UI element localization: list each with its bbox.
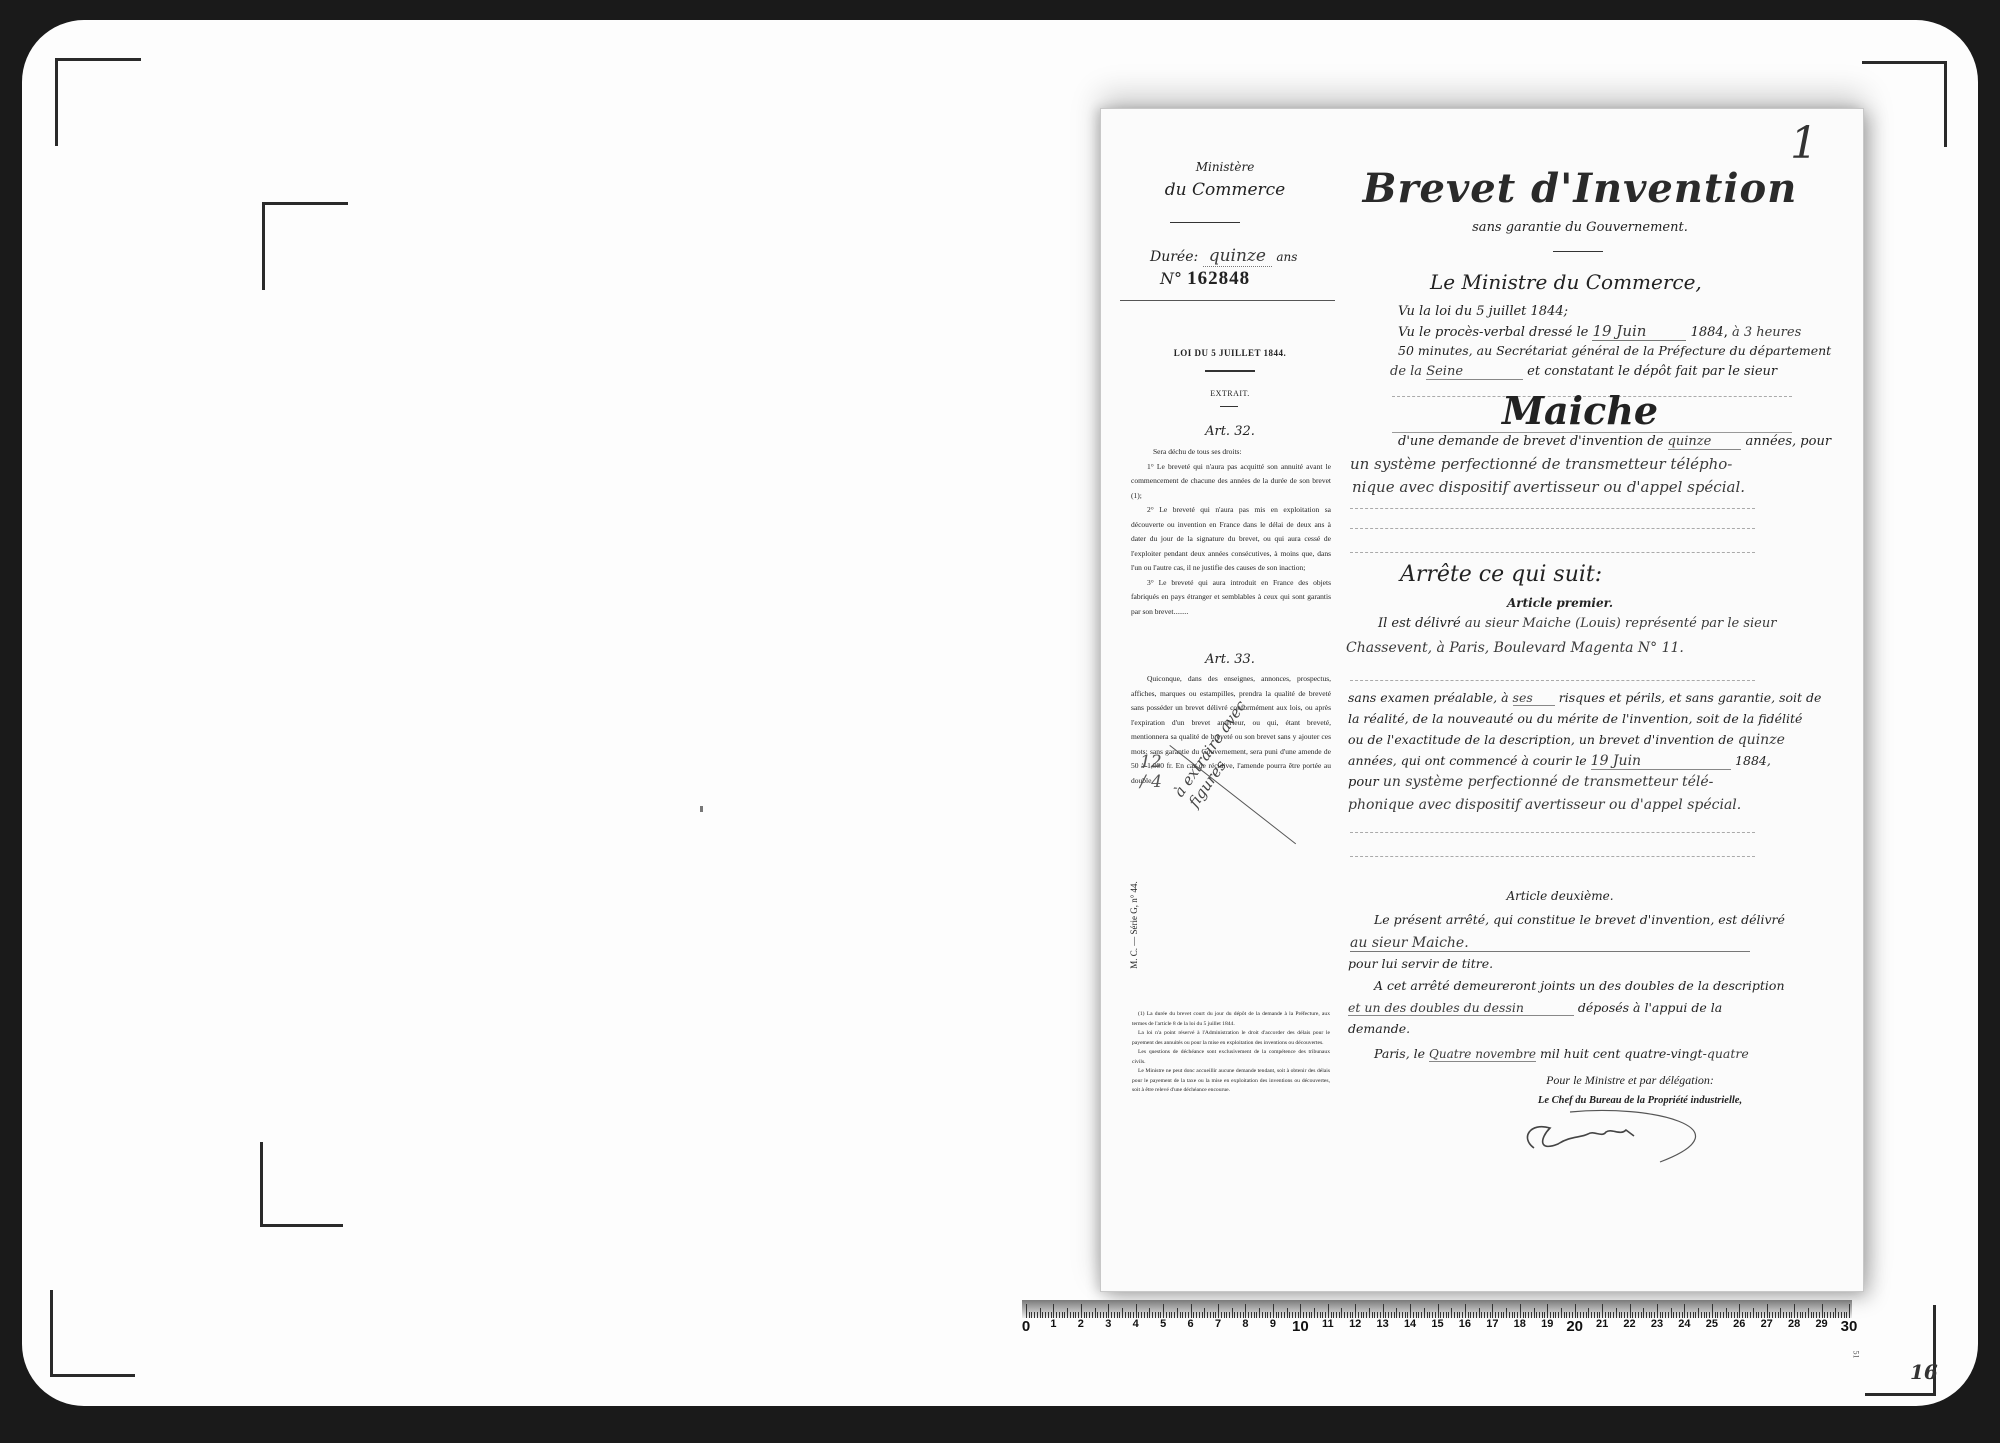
ruler-tick <box>1073 1312 1074 1318</box>
ruler-tick <box>1341 1308 1342 1318</box>
ruler-tick <box>1657 1304 1658 1318</box>
ruler-tick <box>1128 1312 1129 1318</box>
ruler-tick <box>1158 1312 1159 1318</box>
ruler-label: 25 <box>1706 1318 1718 1330</box>
article1-blank-rule <box>1350 680 1755 681</box>
ruler-tick <box>1278 1312 1279 1318</box>
ruler-label: 30 <box>1841 1318 1858 1335</box>
ruler-tick <box>1097 1312 1098 1318</box>
margin-note-numbers: 12 / 4 <box>1140 752 1170 792</box>
pv-line: Vu le procès-verbal dressé le 19 Juin 18… <box>1398 322 1801 340</box>
article1-line-2: Chassevent, à Paris, Boulevard Magenta N… <box>1346 640 1684 656</box>
ruler-tick <box>1245 1304 1246 1318</box>
ruler-tick <box>1226 1312 1227 1318</box>
ornament-divider <box>1170 222 1240 223</box>
ruler-tick <box>1465 1304 1466 1318</box>
ruler-tick <box>1418 1312 1419 1318</box>
ruler-tick <box>1045 1312 1046 1318</box>
demand-line: d'une demande de brevet d'invention de q… <box>1398 434 1831 449</box>
ruler-tick <box>1224 1312 1225 1318</box>
pv-printed: Vu le procès-verbal dressé le <box>1398 325 1588 340</box>
ruler-tick <box>1676 1312 1677 1318</box>
ruler-tick <box>1649 1312 1650 1318</box>
ruler-tick <box>1125 1312 1126 1318</box>
article2-p4: et un des doubles du dessin déposés à l'… <box>1348 1000 1722 1015</box>
ruler-tick <box>1284 1312 1285 1318</box>
ruler-tick <box>1739 1304 1740 1318</box>
depot-text: et constatant le dépôt fait par le sieur <box>1527 364 1777 379</box>
ruler-tick <box>1512 1312 1513 1318</box>
article1-p4-start: années, qui ont commencé à courir le <box>1348 753 1587 768</box>
ruler-tick <box>1366 1312 1367 1318</box>
ruler-tick <box>1602 1304 1603 1318</box>
article1-p5-hand: un système perfectionné de transmetteur … <box>1383 774 1713 790</box>
pv-year: 1884 <box>1691 325 1724 340</box>
art33-heading: Art. 33. <box>1135 652 1325 667</box>
footnote-3: Les questions de déchéance sont exclusiv… <box>1132 1048 1330 1067</box>
article1-p4: années, qui ont commencé à courir le 19 … <box>1348 753 1771 769</box>
ruler-label: 8 <box>1242 1318 1248 1330</box>
ruler-tick <box>1701 1312 1702 1318</box>
article1-p5: pour un système perfectionné de transmet… <box>1348 774 1713 790</box>
ruler-tick <box>1234 1312 1235 1318</box>
document-title: Brevet d'Invention <box>1360 165 1800 212</box>
delegation-line: Pour le Ministre et par délégation: <box>1480 1073 1780 1088</box>
ruler-tick <box>1177 1308 1178 1318</box>
article1-line-1: Il est délivré au sieur Maiche (Louis) r… <box>1378 616 1776 631</box>
applicant-name: Maiche <box>1500 388 1660 433</box>
ruler-tick <box>1251 1312 1252 1318</box>
ruler-tick <box>1830 1312 1831 1318</box>
ministry-line-2: du Commerce <box>1150 180 1300 200</box>
ruler-tick <box>1446 1312 1447 1318</box>
ruler-tick <box>1528 1312 1529 1318</box>
ruler-tick <box>1731 1312 1732 1318</box>
ruler-tick <box>1539 1312 1540 1318</box>
law-title-divider <box>1205 370 1255 372</box>
ruler-tick <box>1328 1304 1329 1318</box>
ruler-tick <box>1630 1304 1631 1318</box>
footnotes: (1) La durée du brevet court du jour du … <box>1132 1010 1330 1096</box>
article1-p4-year: 1884, <box>1735 753 1771 768</box>
ministry-label: Ministère du Commerce <box>1150 160 1300 200</box>
ruler-tick <box>1402 1312 1403 1318</box>
ruler-tick <box>1684 1304 1685 1318</box>
ruler-tick <box>1564 1312 1565 1318</box>
ruler-tick <box>1665 1312 1666 1318</box>
footnote-4: Le Ministre ne peut donc accueillir aucu… <box>1132 1067 1330 1096</box>
ruler-tick <box>1108 1304 1109 1318</box>
patent-number: N° 162848 <box>1160 268 1250 290</box>
blank-rule-2 <box>1350 528 1755 529</box>
ruler-tick <box>1042 1312 1043 1318</box>
ruler-tick <box>1501 1312 1502 1318</box>
ruler-tick <box>1204 1308 1205 1318</box>
number-prefix: N° <box>1160 269 1182 288</box>
extrait-divider <box>1220 406 1238 407</box>
chef-line: Le Chef du Bureau de la Propriété indust… <box>1510 1095 1770 1106</box>
article2-p1: Le présent arrêté, qui constitue le brev… <box>1374 912 1785 927</box>
minister-line: Le Ministre du Commerce, <box>1430 270 1702 294</box>
article1-p2: la réalité, de la nouveauté ou du mérite… <box>1348 711 1802 726</box>
ruler-tick <box>1558 1312 1559 1318</box>
ruler-tick <box>1040 1308 1041 1318</box>
ruler-label: 0 <box>1022 1318 1030 1335</box>
ruler-tick <box>1182 1312 1183 1318</box>
date-hand: Quatre novembre <box>1429 1047 1536 1062</box>
ruler-tick <box>1481 1312 1482 1318</box>
ruler-tick <box>1122 1308 1123 1318</box>
ruler-tick <box>1610 1312 1611 1318</box>
ruler-tick <box>1075 1312 1076 1318</box>
ruler-tick <box>1119 1312 1120 1318</box>
ruler-tick <box>1457 1312 1458 1318</box>
ruler-tick <box>1747 1312 1748 1318</box>
ruler-tick <box>1621 1312 1622 1318</box>
ruler-label: 14 <box>1404 1318 1416 1330</box>
ruler-tick <box>1712 1304 1713 1318</box>
ruler-tick <box>1616 1308 1617 1318</box>
corner-mark-outer-top-left <box>55 58 141 146</box>
article2-heading: Article deuxième. <box>1460 889 1660 903</box>
subtitle-divider <box>1553 251 1603 252</box>
series-code: M. C. — Série G, n° 44. <box>1129 881 1139 969</box>
ruler-tick <box>1339 1312 1340 1318</box>
ruler-tick <box>1311 1312 1312 1318</box>
ruler-tick <box>1451 1308 1452 1318</box>
ruler-label: 3 <box>1105 1318 1111 1330</box>
ruler-tick <box>1849 1304 1850 1318</box>
ministry-line-1: Ministère <box>1150 160 1300 174</box>
article2-p3: A cet arrêté demeureront joints un des d… <box>1374 978 1785 993</box>
document-subtitle: sans garantie du Gouvernement. <box>1400 220 1760 235</box>
ruler-tick <box>1199 1312 1200 1318</box>
ruler-label: 17 <box>1486 1318 1498 1330</box>
ruler-tick <box>1229 1312 1230 1318</box>
ruler-side-code: 51 <box>1852 1351 1861 1359</box>
ruler-tick <box>1100 1312 1101 1318</box>
ruler-tick <box>1130 1312 1131 1318</box>
ruler-tick <box>1750 1312 1751 1318</box>
duration-unit: ans <box>1276 250 1297 264</box>
ruler-tick <box>1619 1312 1620 1318</box>
blank-rule-3 <box>1350 552 1755 553</box>
invention-line-1: un système perfectionné de transmetteur … <box>1350 455 1732 473</box>
ruler-tick <box>1396 1308 1397 1318</box>
article2-p3-printed: A cet arrêté demeureront <box>1374 978 1536 993</box>
article2-p5: demande. <box>1348 1021 1410 1036</box>
art32-item-1: 1° Le breveté qui n'aura pas acquitté so… <box>1131 460 1331 504</box>
ruler-tick <box>1454 1312 1455 1318</box>
article1-blank-rule-3 <box>1350 856 1755 857</box>
article1-holder: au sieur Maiche (Louis) représenté par l… <box>1465 616 1777 631</box>
dust-speck <box>700 806 703 812</box>
ruler-tick <box>1218 1304 1219 1318</box>
ruler-tick <box>1314 1308 1315 1318</box>
ruler-tick <box>1484 1312 1485 1318</box>
ruler-tick <box>1421 1312 1422 1318</box>
ruler-label: 28 <box>1788 1318 1800 1330</box>
ruler-label: 9 <box>1270 1318 1276 1330</box>
ruler-tick <box>1646 1312 1647 1318</box>
article2-p3-rest: joints un des doubles de la description <box>1540 978 1784 993</box>
ruler-tick <box>1534 1308 1535 1318</box>
art32-heading: Art. 32. <box>1135 424 1325 439</box>
ruler-tick <box>1783 1312 1784 1318</box>
ruler-tick <box>1202 1312 1203 1318</box>
article1-p3-start: ou de l'exactitude de la description, un… <box>1348 732 1734 747</box>
ruler-tick <box>1531 1312 1532 1318</box>
ruler-label: 24 <box>1678 1318 1690 1330</box>
ruler-tick <box>1668 1312 1669 1318</box>
ruler-tick <box>1372 1312 1373 1318</box>
ruler-tick <box>1410 1304 1411 1318</box>
extrait-label: EXTRAIT. <box>1135 389 1325 398</box>
ruler-tick <box>1317 1312 1318 1318</box>
corner-mark-inner-bottom-left <box>260 1142 343 1227</box>
ruler-tick <box>1287 1308 1288 1318</box>
ruler-tick <box>1196 1312 1197 1318</box>
ruler-tick <box>1671 1308 1672 1318</box>
article2-holder: au sieur Maiche. <box>1350 935 1750 952</box>
duration-field: Durée: quinze ans <box>1150 246 1330 266</box>
article1-p1-start: sans examen préalable, à <box>1348 690 1509 705</box>
ruler-label: 26 <box>1733 1318 1745 1330</box>
ruler-tick <box>1103 1312 1104 1318</box>
duration-value: quinze <box>1203 246 1272 267</box>
ruler-tick <box>1391 1312 1392 1318</box>
blank-rule-1 <box>1350 508 1755 509</box>
ruler-tick <box>1756 1312 1757 1318</box>
ruler-tick <box>1262 1312 1263 1318</box>
minutes-line: 50 minutes, au Secrétariat général de la… <box>1398 343 1831 358</box>
art32-item-3: 3° Le breveté qui aura introduit en Fran… <box>1131 576 1331 620</box>
ruler-tick <box>1813 1312 1814 1318</box>
article1-heading: Article premier. <box>1460 596 1660 610</box>
ruler-tick <box>1638 1312 1639 1318</box>
ruler-tick <box>1429 1312 1430 1318</box>
ruler-tick <box>1309 1312 1310 1318</box>
ruler-label: 20 <box>1566 1318 1583 1335</box>
ruler-label: 15 <box>1431 1318 1443 1330</box>
ruler-tick <box>1064 1312 1065 1318</box>
ruler-tick <box>1059 1312 1060 1318</box>
ruler-tick <box>1509 1312 1510 1318</box>
article2-p4-hand: et un des doubles du dessin <box>1348 1000 1574 1016</box>
ruler-tick <box>1031 1312 1032 1318</box>
ruler-label: 11 <box>1322 1318 1334 1330</box>
ruler-tick <box>1473 1312 1474 1318</box>
ruler-tick <box>1281 1312 1282 1318</box>
ruler-tick <box>1492 1304 1493 1318</box>
ruler-tick <box>1213 1312 1214 1318</box>
ruler-tick <box>1095 1308 1096 1318</box>
ruler-tick <box>1355 1304 1356 1318</box>
ruler-tick <box>1753 1308 1754 1318</box>
ruler-tick <box>1070 1312 1071 1318</box>
ruler-tick <box>1561 1308 1562 1318</box>
article1-p3: ou de l'exactitude de la description, un… <box>1348 732 1785 748</box>
ruler-tick <box>1289 1312 1290 1318</box>
ruler-tick <box>1583 1312 1584 1318</box>
ruler-tick <box>1053 1304 1054 1318</box>
art32-intro: Sera déchu de tous ses droits: <box>1131 445 1331 460</box>
ruler-tick <box>1613 1312 1614 1318</box>
article1-p1-rest: risques et périls, et sans garantie, soi… <box>1559 690 1822 705</box>
ruler-tick <box>1067 1308 1068 1318</box>
article2-p2: pour lui servir de titre. <box>1348 956 1493 971</box>
ruler-tick <box>1588 1308 1589 1318</box>
demand-duration: quinze <box>1668 434 1742 450</box>
ruler-tick <box>1794 1304 1795 1318</box>
demand-text: d'une demande de brevet d'invention de <box>1398 434 1663 449</box>
ruler-tick <box>1267 1312 1268 1318</box>
date-year-hand: quatre <box>1707 1046 1749 1061</box>
ruler-tick <box>1698 1308 1699 1318</box>
ruler-tick <box>1802 1312 1803 1318</box>
ruler-label: 7 <box>1215 1318 1221 1330</box>
article1-p1: sans examen préalable, à ses risques et … <box>1348 690 1821 705</box>
ruler-tick <box>1048 1312 1049 1318</box>
ruler-tick <box>1520 1304 1521 1318</box>
ruler-tick <box>1811 1312 1812 1318</box>
art32-body: Sera déchu de tous ses droits: 1° Le bre… <box>1131 445 1331 619</box>
ruler-tick <box>1591 1312 1592 1318</box>
article2-date: Paris, le Quatre novembre mil huit cent … <box>1374 1046 1749 1061</box>
ruler-label: 5 <box>1160 1318 1166 1330</box>
ruler-label: 29 <box>1815 1318 1827 1330</box>
ruler-tick <box>1704 1312 1705 1318</box>
ruler-tick <box>1185 1312 1186 1318</box>
ruler-tick <box>1643 1308 1644 1318</box>
header-divider <box>1120 300 1335 301</box>
signature <box>1510 1108 1740 1168</box>
ruler-tick <box>1723 1312 1724 1318</box>
footnote-2: La loi n'a point réservé à l'Administrat… <box>1132 1029 1330 1048</box>
ruler-tick <box>1152 1312 1153 1318</box>
duration-label: Durée: <box>1150 249 1198 265</box>
ruler-tick <box>1147 1312 1148 1318</box>
ruler-tick <box>1547 1304 1548 1318</box>
ruler-label: 19 <box>1541 1318 1553 1330</box>
ruler-tick <box>1555 1312 1556 1318</box>
ruler-tick <box>1808 1308 1809 1318</box>
ruler-tick <box>1232 1308 1233 1318</box>
ruler-tick <box>1149 1308 1150 1318</box>
measurement-ruler <box>1022 1300 1852 1318</box>
ruler-tick <box>1273 1304 1274 1318</box>
ruler-label: 27 <box>1761 1318 1773 1330</box>
ruler-tick <box>1438 1304 1439 1318</box>
ruler-tick <box>1805 1312 1806 1318</box>
article1-delivered: Il est délivré <box>1378 616 1461 631</box>
ruler-label: 18 <box>1514 1318 1526 1330</box>
ruler-tick <box>1037 1312 1038 1318</box>
date-prefix: Paris, le <box>1374 1046 1425 1061</box>
pv-date: 19 Juin <box>1592 322 1686 341</box>
ruler-tick <box>1136 1304 1137 1318</box>
ruler-label: 13 <box>1377 1318 1389 1330</box>
ruler-tick <box>1320 1312 1321 1318</box>
ruler-tick <box>1347 1312 1348 1318</box>
frame-corner-number: 16 <box>1910 1360 1938 1384</box>
ruler-tick <box>1141 1312 1142 1318</box>
ruler-tick <box>1575 1304 1576 1318</box>
ruler-tick <box>1693 1312 1694 1318</box>
ruler-tick <box>1780 1308 1781 1318</box>
number-value: 162848 <box>1187 268 1250 289</box>
ruler-tick <box>1259 1308 1260 1318</box>
ruler-tick <box>1155 1312 1156 1318</box>
ruler-tick <box>1174 1312 1175 1318</box>
article1-p6: phonique avec dispositif avertisseur ou … <box>1348 797 1741 813</box>
ruler-label: 2 <box>1078 1318 1084 1330</box>
ruler-tick <box>1728 1312 1729 1318</box>
article1-p1-hand: ses <box>1513 690 1555 706</box>
ruler-tick <box>1427 1312 1428 1318</box>
demand-suffix: années, pour <box>1745 434 1831 449</box>
ruler-tick <box>1062 1312 1063 1318</box>
ruler-tick <box>1210 1312 1211 1318</box>
ruler-tick <box>1117 1312 1118 1318</box>
ruler-tick <box>1383 1304 1384 1318</box>
ruler-tick <box>1240 1312 1241 1318</box>
arrete-heading: Arrête ce qui suit: <box>1400 562 1602 587</box>
ruler-label: 4 <box>1133 1318 1139 1330</box>
ruler-tick <box>1822 1304 1823 1318</box>
ruler-tick <box>1503 1312 1504 1318</box>
ruler-tick <box>1265 1312 1266 1318</box>
date-printed: mil huit cent quatre-vingt- <box>1540 1046 1707 1061</box>
ruler-tick <box>1344 1312 1345 1318</box>
ruler-tick <box>1114 1312 1115 1318</box>
law-title: LOI DU 5 JUILLET 1844. <box>1135 348 1325 358</box>
ruler-label: 10 <box>1292 1318 1309 1335</box>
article1-p4-hand: 19 Juin <box>1591 753 1731 770</box>
ruler-tick <box>1374 1312 1375 1318</box>
ruler-tick <box>1237 1312 1238 1318</box>
department-name: Seine <box>1426 364 1523 380</box>
art32-item-2: 2° Le breveté qui n'aura pas mis en expl… <box>1131 503 1331 576</box>
ruler-tick <box>1479 1308 1480 1318</box>
ruler-label: 23 <box>1651 1318 1663 1330</box>
article1-blank-rule-2 <box>1350 832 1755 833</box>
ruler-label: 1 <box>1050 1318 1056 1330</box>
ruler-tick <box>1695 1312 1696 1318</box>
corner-mark-outer-bottom-left <box>50 1290 135 1377</box>
ruler-tick <box>1092 1312 1093 1318</box>
article1-p5-printed: pour <box>1348 775 1379 790</box>
corner-mark-inner-top-left <box>262 202 348 290</box>
pv-time: à 3 heures <box>1732 325 1801 340</box>
ruler-tick <box>1833 1312 1834 1318</box>
ruler-tick <box>1207 1312 1208 1318</box>
ruler-tick <box>1394 1312 1395 1318</box>
ruler-label: 16 <box>1459 1318 1471 1330</box>
ruler-tick <box>1786 1312 1787 1318</box>
ruler-tick <box>1594 1312 1595 1318</box>
loi-line: Vu la loi du 5 juillet 1844; <box>1398 304 1568 319</box>
article2-p4-rest: déposés à l'appui de la <box>1578 1000 1722 1015</box>
ruler-tick <box>1838 1312 1839 1318</box>
footnote-1: (1) La durée du brevet court du jour du … <box>1132 1010 1330 1029</box>
ruler-tick <box>1336 1312 1337 1318</box>
ruler-tick <box>1144 1312 1145 1318</box>
department-line: de la Seine et constatant le dépôt fait … <box>1390 364 1777 379</box>
page-number-handwritten: 1 <box>1790 118 1818 169</box>
ruler-tick <box>1758 1312 1759 1318</box>
ruler-label: 21 <box>1596 1318 1608 1330</box>
